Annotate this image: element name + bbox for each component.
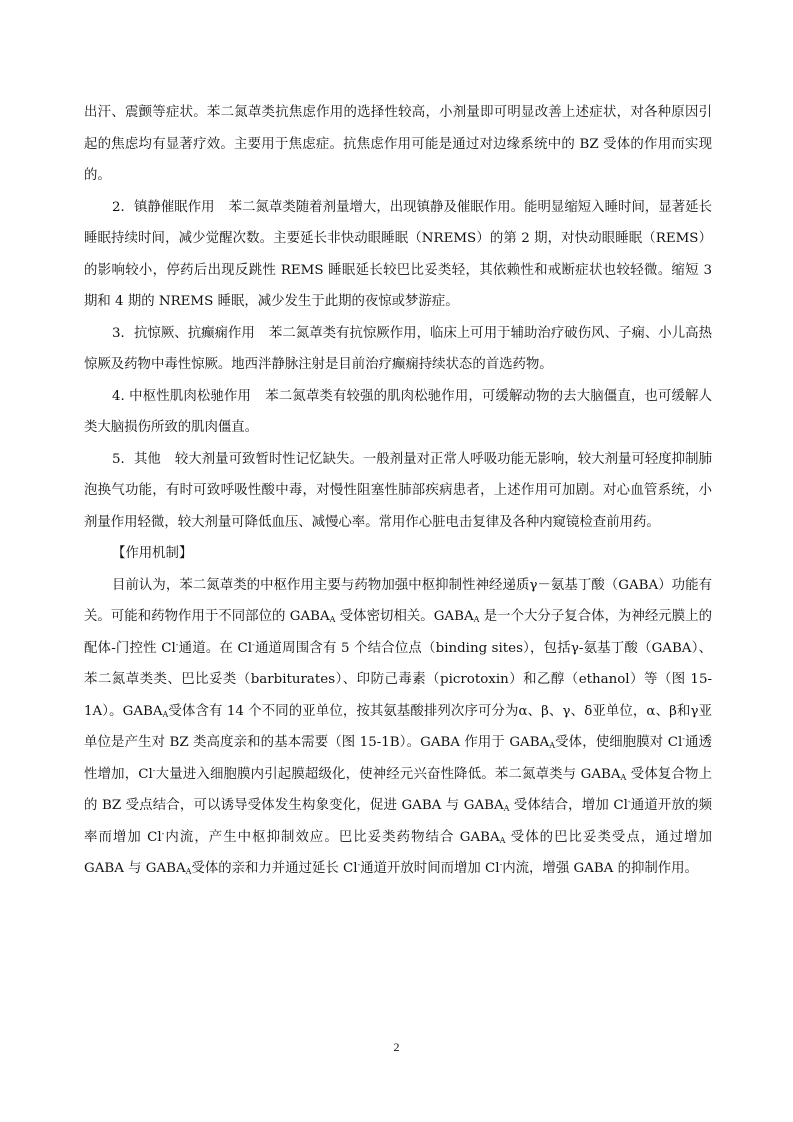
section-heading-mechanism: 【作用机制】 xyxy=(84,538,712,570)
item-title: 2．镇静催眠作用 xyxy=(112,200,215,215)
text-run: 受体，使细胞膜对 Cl xyxy=(555,735,682,750)
paragraph-mechanism: 目前认为，苯二氮䓬类的中枢作用主要与药物加强中枢抑制性神经递质γ－氨基丁酸（GA… xyxy=(84,570,712,885)
paragraph-other-effects: 5．其他较大剂量可致暂时性记忆缺失。一般剂量对正常人呼吸功能无影响，较大剂量可轻… xyxy=(84,444,712,539)
document-page: 出汗、震颤等症状。苯二氮䓬类抗焦虑作用的选择性较高，小剂量即可明显改善上述症状，… xyxy=(84,97,712,885)
item-title: 5．其他 xyxy=(112,452,161,467)
paragraph-sedative-hypnotic: 2．镇静催眠作用苯二氮䓬类随着剂量增大，出现镇静及催眠作用。能明显缩短入睡时间，… xyxy=(84,192,712,318)
text-run: 内流，增强 GABA 的抑制作用。 xyxy=(502,861,698,876)
text-run: 大量进入细胞膜内引起膜超级化，使神经元兴奋性降低。苯二氮䓬类与 GABA xyxy=(156,767,621,782)
text-run: 通道。在 Cl xyxy=(178,641,252,656)
page-number: 2 xyxy=(0,1040,793,1055)
text-run: 受体结合，增加 Cl xyxy=(509,798,627,813)
item-body: 较大剂量可致暂时性记忆缺失。一般剂量对正常人呼吸功能无影响，较大剂量可轻度抑制肺… xyxy=(84,452,712,530)
paragraph-anticonvulsant: 3．抗惊厥、抗癫痫作用苯二氮䓬类有抗惊厥作用，临床上可用于辅助治疗破伤风、子痫、… xyxy=(84,318,712,381)
text-run: 受体的亲和力并通过延长 Cl xyxy=(191,861,357,876)
paragraph-muscle-relaxant: 4. 中枢性肌肉松驰作用苯二氮䓬类有较强的肌肉松驰作用，可缓解动物的去大脑僵直，… xyxy=(84,381,712,444)
text-run: 受体密切相关。GABA xyxy=(335,609,473,624)
item-title: 3．抗惊厥、抗癫痫作用 xyxy=(112,326,255,341)
text-run: 通道开放时间而增加 Cl xyxy=(360,861,499,876)
paragraph-anxiolytic-continued: 出汗、震颤等症状。苯二氮䓬类抗焦虑作用的选择性较高，小剂量即可明显改善上述症状，… xyxy=(84,97,712,192)
item-title: 4. 中枢性肌肉松驰作用 xyxy=(112,389,251,404)
item-body: 苯二氮䓬类随着剂量增大，出现镇静及催眠作用。能明显缩短入睡时间，显著延长睡眠持续… xyxy=(84,200,712,310)
text-run: 内流，产生中枢抑制效应。巴比妥类药物结合 GABA xyxy=(164,830,499,845)
